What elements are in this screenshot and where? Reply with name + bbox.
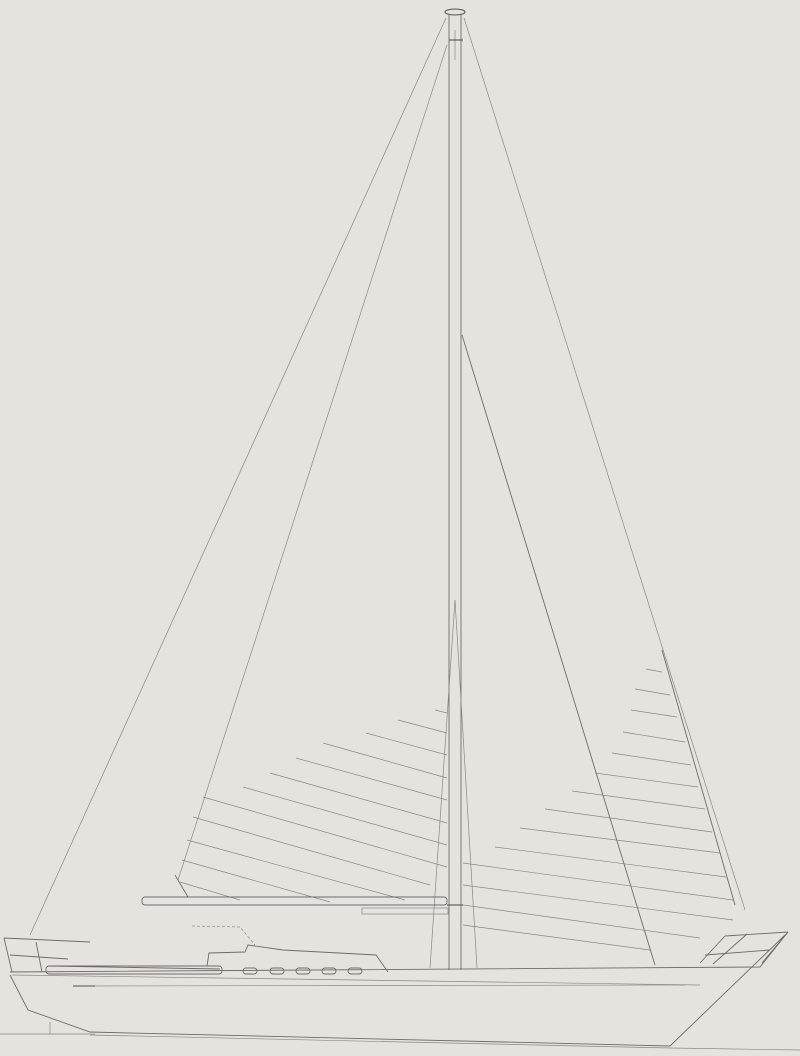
inner-forestay <box>462 335 655 965</box>
portlight <box>296 968 310 974</box>
portlight <box>348 968 362 974</box>
boom <box>142 897 447 905</box>
backstay <box>30 18 446 935</box>
mast <box>447 14 463 970</box>
mainsail-seams <box>180 710 447 902</box>
mainsail-leech <box>178 45 447 880</box>
dodger <box>192 926 255 945</box>
portlight <box>322 968 336 974</box>
portlights <box>243 968 362 974</box>
sailboat-diagram <box>0 0 800 1056</box>
hull <box>0 932 800 1050</box>
lower-boom <box>362 908 448 914</box>
hull-profile <box>10 935 785 1046</box>
sail-plan-drawing <box>0 0 800 1056</box>
jib-leech <box>662 650 735 905</box>
mainsail-clew <box>175 875 188 897</box>
staysail <box>430 600 477 968</box>
masthead-cap <box>445 9 465 15</box>
jib-seams <box>463 669 733 950</box>
forestay <box>464 18 745 910</box>
portlight <box>243 968 257 974</box>
portlight <box>270 968 284 974</box>
boot-stripe <box>75 985 685 986</box>
